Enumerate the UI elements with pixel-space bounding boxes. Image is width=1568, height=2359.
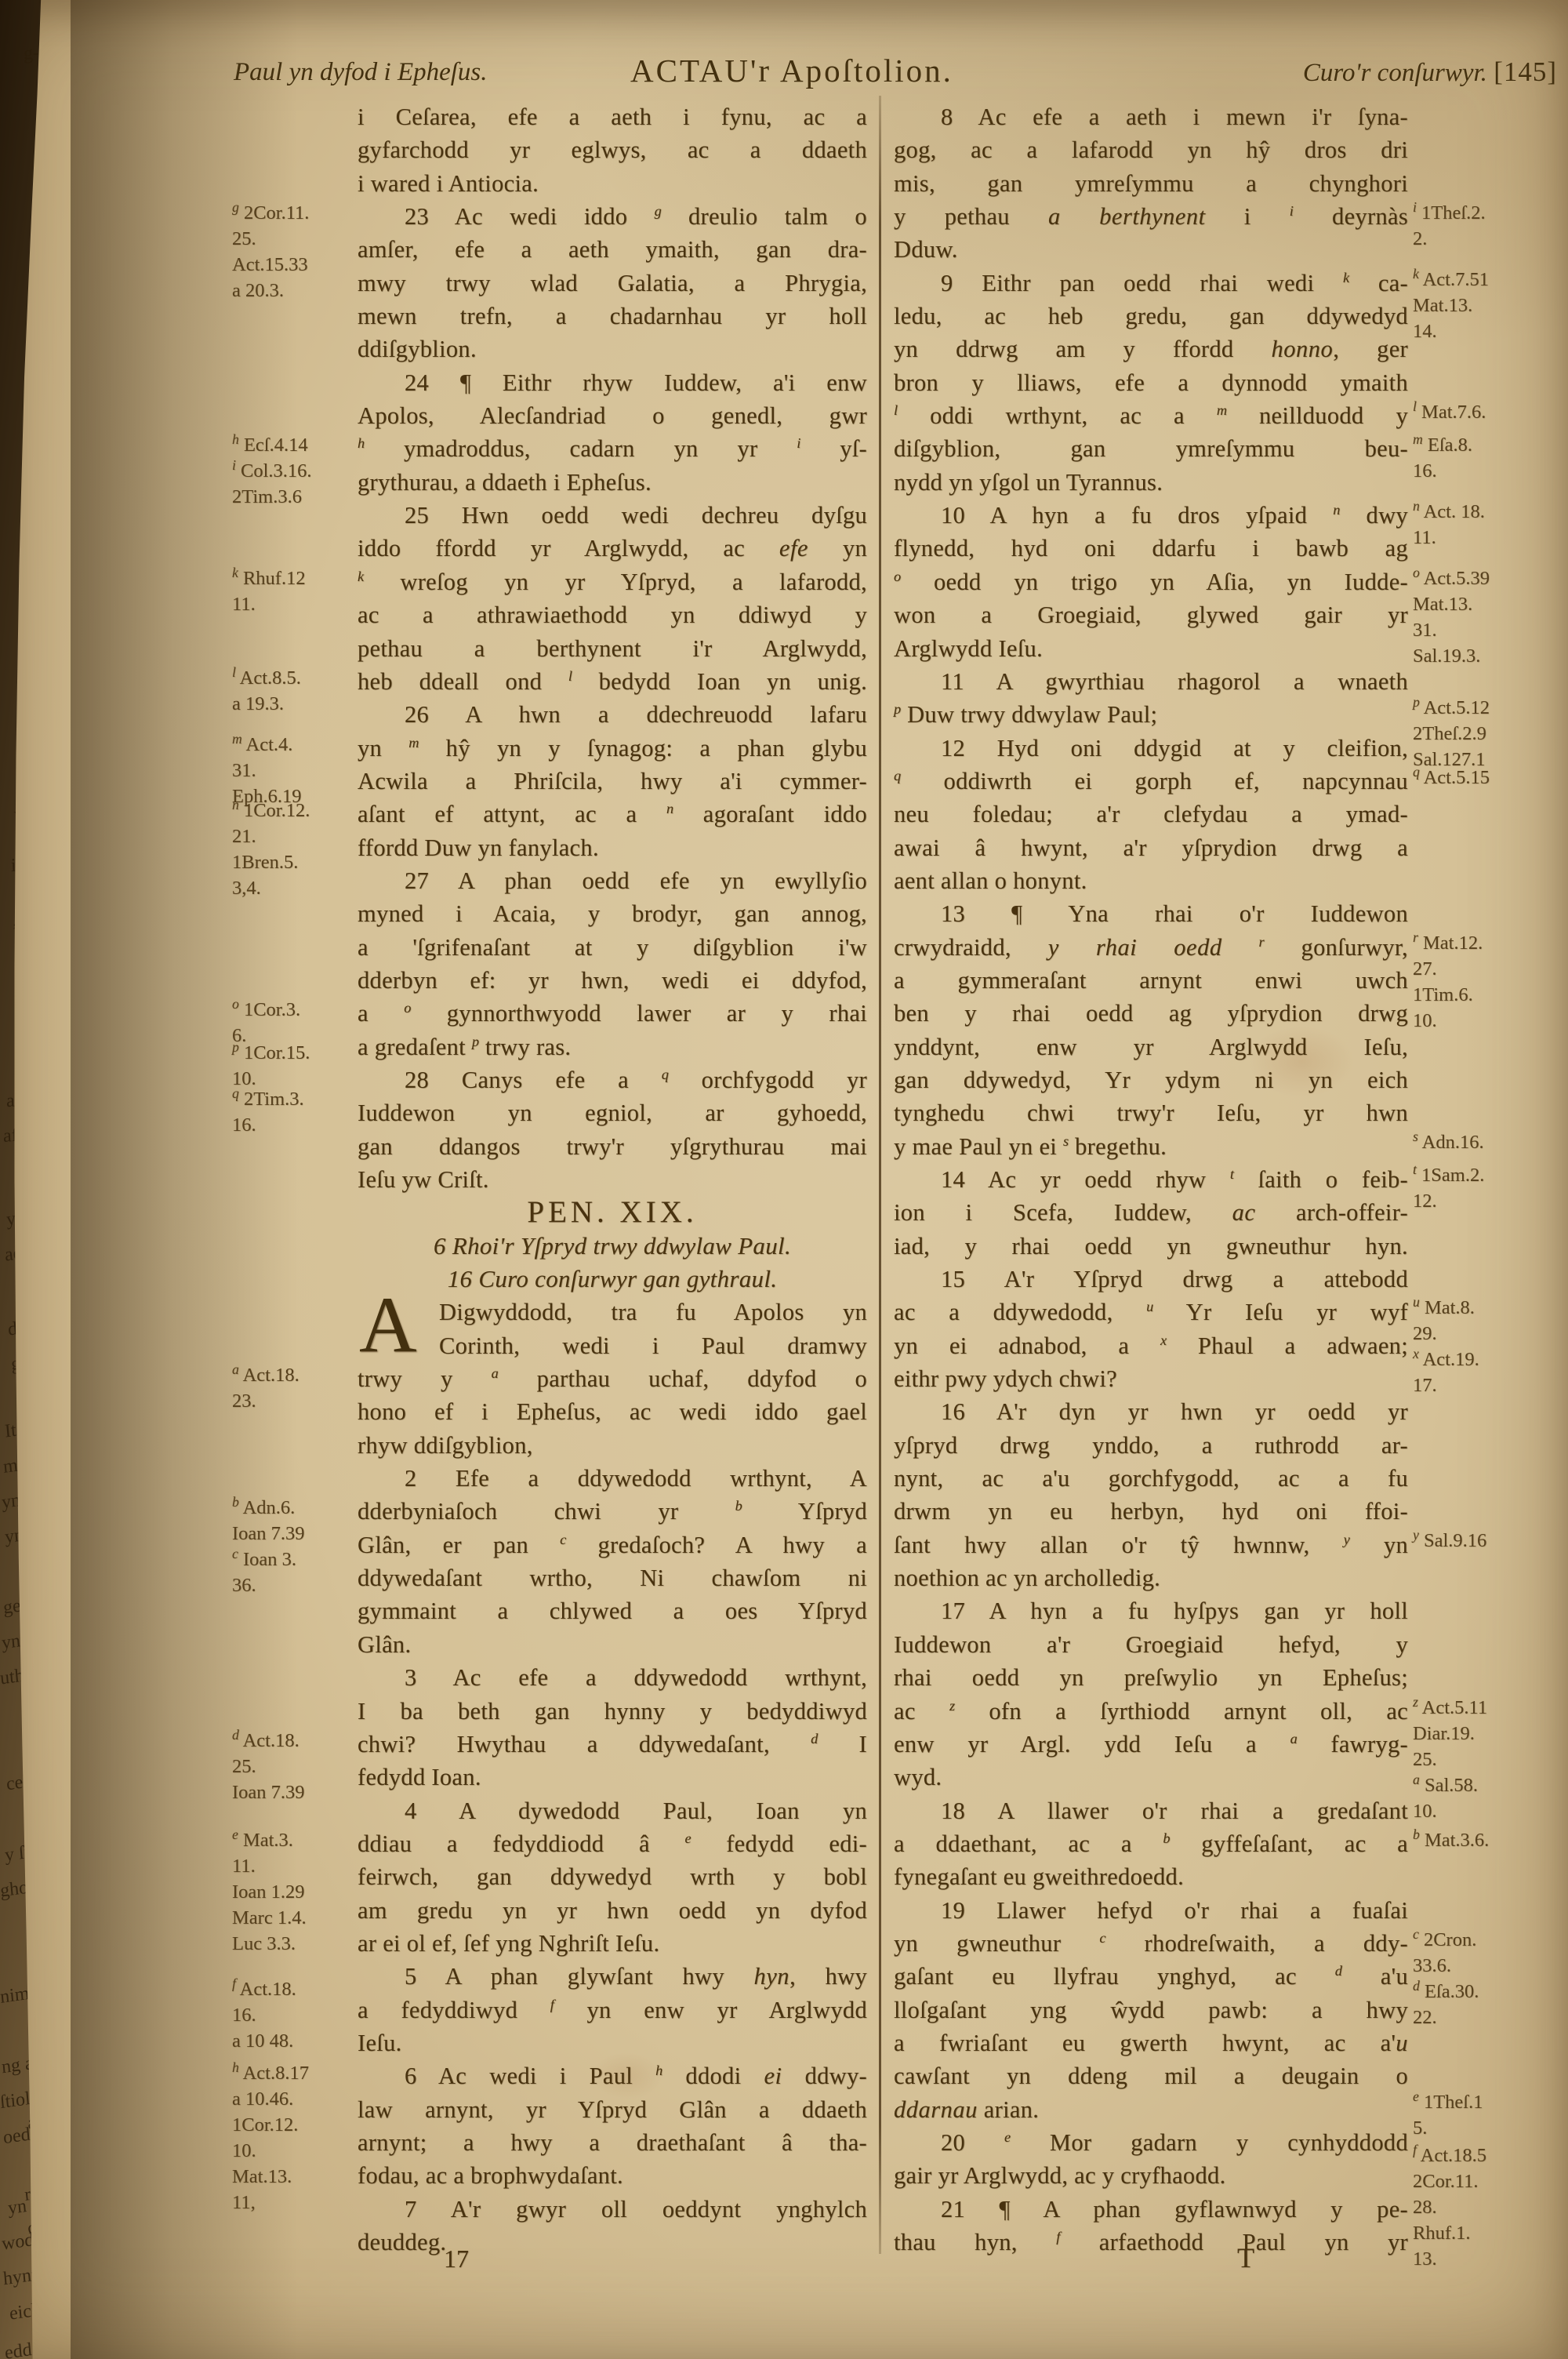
text-line: yn gwneuthur c rhodreſwaith, a ddy- [894,1927,1408,1960]
text-line: gair yr Arglwydd, ac y cryfhaodd. [894,2159,1408,2192]
text-line: nydd yn yſgol un Tyrannus. [894,466,1408,499]
text-line: k wreſog yn yr Yſpryd, a lafarodd, [358,565,867,598]
text-line: yn m hŷ yn y ſynagog: a phan glybu [358,732,867,765]
text-line: dderbyn ef: yr hwn, wedi ei ddyfod, [358,964,867,997]
spine-fragment: ed [47,234,66,257]
text-line: law arnynt, yr Yſpryd Glân a ddaeth [358,2093,867,2126]
text-line: 11 A gwyrthiau rhagorol a wnaeth [894,665,1408,698]
spine-fragment: hynt, [2,2264,42,2291]
margin-reference-note: h Act.8.17a 10.46.1Cor.12.10.Mat.13.11, [232,2060,309,2215]
text-line: wyd. [894,1761,1408,1794]
text-line: mis, gan ymreſymmu a chynghori [894,167,1408,200]
text-line: PEN. XIX. [358,1196,867,1229]
text-line: 16 Curo conſurwyr gan gythraul. [358,1263,867,1296]
text-line: o oedd yn trigo yn Aſia, yn Iudde- [894,565,1408,598]
page-number: [145] [1494,56,1557,87]
text-line: Glân. [358,1628,867,1661]
text-line: Glân, er pan c gredaſoch? A hwy a [358,1528,867,1561]
text-line: hono ef i Epheſus, ac wedi iddo gael [358,1395,867,1428]
margin-reference-note: z Act.5.11Diar.19.25.a Sal.58.10. [1413,1695,1487,1824]
text-line: arnynt; a hwy a draethaſant â tha- [358,2126,867,2159]
text-line: 8 Ac efe a aeth i mewn i'r ſyna- [894,100,1408,133]
text-line: yn ddrwg am y ffordd honno, ger [894,333,1408,365]
text-line: l oddi wrthynt, ac a m neillduodd y [894,399,1408,432]
text-line: a fwriaſant eu gwerth hwynt, ac a'u [894,2026,1408,2059]
text-line: ac z ofn a ſyrthiodd arnynt oll, ac [894,1695,1408,1728]
text-line: 13 ¶ Yna rhai o'r Iuddewon [894,897,1408,930]
text-line: ddarnau arian. [894,2093,1408,2126]
margin-reference-note: s Adn.16. [1413,1129,1484,1155]
margin-reference-note: l Mat.7.6. [1413,399,1486,425]
text-line: 23 Ac wedi iddo g dreulio talm o [358,200,867,233]
text-line: 2 Efe a ddywedodd wrthynt, A [358,1462,867,1495]
text-line: 15 A'r Yſpryd drwg a attebodd [894,1263,1408,1296]
text-line: a o gynnorthwyodd lawer ar y rhai [358,997,867,1030]
margin-reference-note: t 1Sam.2.12. [1413,1162,1484,1214]
text-line: 6 Ac wedi i Paul h ddodi ei ddwy- [358,2059,867,2092]
text-line: ddywedaſant wrtho, Ni chawſom ni [358,1561,867,1594]
text-line: rhai oedd yn preſwylio yn Epheſus; [894,1661,1408,1694]
text-line: yſpryd drwg ynddo, a ruthrodd ar- [894,1429,1408,1462]
margin-reference-note: e Mat.3.11.Ioan 1.29Marc 1.4.Luc 3.3. [232,1827,307,1957]
text-line: fodau, ac a brophwydaſant. [358,2159,867,2192]
spine-fragment: yn [25,583,45,606]
text-line: awai â hwynt, a'r yſprydion drwg a [894,831,1408,864]
text-line: chwi? Hwythau a ddywedaſant, d I [358,1728,867,1761]
text-line: ledu, ac heb gredu, gan ddywedyd [894,300,1408,333]
column-divider-rule [879,96,881,2254]
text-line: nynt, ac a'u gorchfygodd, ac a fu [894,1462,1408,1495]
text-line: am gredu yn yr hwn oedd yn dyfod [358,1894,867,1927]
text-line: aſant ef attynt, ac a n agoraſant iddo [358,798,867,831]
spine-fragment: edd. [4,2339,38,2359]
spine-fragment: af- [3,1125,24,1147]
margin-reference-note: e 1Theſ.15. [1413,2089,1483,2141]
margin-reference-note: i 1Theſ.2.2. [1413,200,1486,252]
text-line: 21 ¶ A phan gyflawnwyd y pe- [894,2193,1408,2226]
spine-fragment: g- [24,42,40,65]
text-line: Digwyddodd, tra fu Apolos yn [358,1296,867,1329]
text-line: trwy y a parthau uchaf, ddyfod o [358,1362,867,1395]
margin-reference-note: o Act.5.39Mat.13.31.Sal.19.3. [1413,565,1490,669]
text-line: a 'ſgrifenaſant at y diſgyblion i'w [358,931,867,964]
text-line: a gredaſent p trwy ras. [358,1030,867,1063]
margin-reference-note: h Ecſ.4.14i Col.3.16.2Tim.3.6 [232,432,312,510]
margin-reference-note: f Act.18.52Cor.11.28.Rhuf.1.13. [1413,2143,1486,2272]
text-line: ſant hwy allan o'r tŷ hwnnw, y yn [894,1528,1408,1561]
spine-fragment: eu [43,293,62,316]
spine-fragment: y ſy- [4,1841,41,1866]
text-line: tynghedu chwi trwy'r Ieſu, yr hwn [894,1096,1408,1129]
text-line: a ddaethant, ac a b gyffeſaſant, ac a [894,1827,1408,1860]
spine-fragment: m- [30,470,52,493]
text-line: 24 ¶ Eithr rhyw Iuddew, a'i enw [358,366,867,399]
text-line: gymmaint a chlywed a oes Yſpryd [358,1594,867,1627]
text-line: myned i Acaia, y brodyr, gan annog, [358,897,867,930]
spine-fragment: yd [41,352,60,375]
signature-mark-left: 17 [444,2245,469,2274]
text-line: iddo ffordd yr Arglwydd, ac efe yn [358,532,867,565]
margin-reference-note: b Adn.6.Ioan 7.39c Ioan 3.36. [232,1495,305,1598]
text-line: 18 A llawer o'r rhai a gredaſant [894,1794,1408,1827]
text-line: 17 A hyn a fu hyſpys gan yr holl [894,1594,1408,1627]
text-line: iad, y rhai oedd yn gwneuthur hyn. [894,1230,1408,1263]
text-line: i wared i Antiocia. [358,167,867,200]
text-line: won a Groegiaid, glywed gair yr [894,598,1408,631]
margin-reference-note: u Mat.8.29.x Act.19.17. [1413,1295,1479,1398]
text-line: ben y rhai oedd ag yſprydion drwg [894,997,1408,1030]
signature-mark-right: T [1237,2241,1254,2274]
text-line: dderbyniaſoch chwi yr b Yſpryd [358,1495,867,1528]
left-text-column: i Ceſarea, efe a aeth i fynu, ac agyfarc… [358,100,867,2259]
text-line: Ieſu yw Criſt. [358,1163,867,1196]
text-line: 6 Rhoi'r Yſpryd trwy ddwylaw Paul. [358,1230,867,1263]
text-line: grythurau, a ddaeth i Epheſus. [358,466,867,499]
spine-fragment: ſtiol- [0,2088,38,2114]
text-line: crwydraidd, y rhai oedd r gonſurwyr, [894,931,1408,964]
margin-reference-note: c 2Cron.33.6.d Eſa.30.22. [1413,1927,1479,2030]
text-line: gan ddangos trwy'r yſgrythurau mai [358,1130,867,1163]
margin-reference-note: r Mat.12.27.1Tim.6.10. [1413,930,1483,1034]
spine-fragment: uth- [0,1664,31,1689]
spine-fragment: dd [27,526,46,549]
text-line: 26 A hwn a ddechreuodd lafaru [358,698,867,731]
text-line: p Duw trwy ddwylaw Paul; [894,698,1408,731]
spine-fragment: ynt, [1,1629,31,1654]
spine-fragment: cel- [5,1771,35,1796]
margin-reference-note: q 2Tim.3.16. [232,1086,304,1138]
spine-fragment: aeth [4,1241,37,1266]
text-line: mwy trwy wlad Galatia, a Phrygia, [358,267,867,300]
text-line: 20 e Mor gadarn y cynhyddodd [894,2126,1408,2159]
text-line: Arglwydd Ieſu. [894,632,1408,665]
spine-fragment: wn [14,803,38,827]
text-line: deuddeg. [358,2226,867,2259]
text-line: I ba beth gan hynny y bedyddiwyd [358,1695,867,1728]
text-line: yn ei adnabod, a x Phaul a adwaen; [894,1329,1408,1362]
spine-fragment: oedd [2,2123,41,2149]
chapter-drop-cap: A [359,1291,417,1360]
text-line: Corinth, wedi i Paul dramwy [358,1329,867,1362]
margin-reference-note: q Act.5.15 [1413,765,1490,791]
text-line: gog, ac a lafarodd yn hŷ dros dri [894,133,1408,166]
text-line: 10 A hyn a fu dros yſpaid n dwy [894,499,1408,532]
text-line: bron y lliaws, efe a dynnodd ymaith [894,366,1408,399]
spine-fragment: dew [7,1315,40,1340]
spine-fragment: yned [1,1488,39,1514]
text-line: neu foledau; a'r clefydau a ymad- [894,798,1408,831]
text-line: 25 Hwn oedd wedi dechreu dyſgu [358,499,867,532]
margin-reference-note: f Act.18.16.a 10 48. [232,1976,296,2054]
text-line: Ieſu. [358,2026,867,2059]
text-line: 19 Llawer hefyd o'r rhai a fuaſai [894,1894,1408,1927]
spine-fragment: , o [13,909,32,932]
spine-fragment: gel- [2,1594,33,1619]
text-line: drwm yn eu herbyn, hyd oni ffoi- [894,1495,1408,1528]
text-line: gan ddywedyd, Yr ydym ni yn eich [894,1063,1408,1096]
spine-fragment: in- [11,854,33,877]
margin-reference-note: g 2Cor.11.25.Act.15.33a 20.3. [232,200,309,304]
text-line: enw yr Argl. ydd Ieſu a a fawryg- [894,1728,1408,1761]
text-line: thau hyn, f arfaethodd Paul yn yr [894,2226,1408,2259]
right-text-column: 8 Ac efe a aeth i mewn i'r ſyna-gog, ac … [894,100,1408,2259]
text-line: gaſant eu llyfrau ynghyd, ac d a'u [894,1960,1408,1993]
text-line: diſgyblion, gan ymreſymmu beu- [894,432,1408,465]
header-book-title: ACTAU'r Apoſtolion. [580,52,1004,89]
text-line: fedydd Ioan. [358,1761,867,1794]
text-line: fynegaſant eu gweithredoedd. [894,1860,1408,1893]
spine-fragment: od, [16,717,40,740]
header-right-title: Curo'r conſurwyr. [145] [1303,56,1557,88]
text-line: rhyw ddiſgyblion, [358,1429,867,1462]
book-page: Paul yn dyfod i Epheſus. ACTAU'r Apoſtol… [0,0,1568,2359]
spine-fragment: ym- [5,1205,38,1230]
text-line: Dduw. [894,233,1408,266]
text-line: ion i Scefa, Iuddew, ac arch-offeir- [894,1196,1408,1229]
spine-fragment: ghor- [0,1875,41,1902]
spine-fragment: Ital, [4,1417,35,1442]
text-line: i Ceſarea, efe a aeth i fynu, ac a [358,100,867,133]
text-line: noethion ac yn archolledig. [894,1561,1408,1594]
text-line: mewn trefn, a chadarnhau yr holl [358,300,867,333]
margin-reference-note: b Mat.3.6. [1413,1827,1489,1853]
margin-reference-note: n 1Cor.12.21.1Bren.5.3,4. [232,798,310,901]
text-line: y mae Paul yn ei s bregethu. [894,1130,1408,1163]
margin-reference-note: m Eſa.8.16. [1413,432,1472,484]
text-line: Acwila a Phriſcila, hwy a'i cymmer- [358,765,867,798]
text-line: y pethau a berthynent i i deyrnàs [894,200,1408,233]
text-line: heb ddeall ond l bedydd Ioan yn unig. [358,665,867,698]
text-line: q oddiwrth ei gorph ef, napcynnau [894,765,1408,798]
spine-fragment: nimo- [0,1981,45,2008]
text-line: ynddynt, enw yr Arglwydd Ieſu, [894,1030,1408,1063]
text-line: ffordd Duw yn fanylach. [358,831,867,864]
text-line: 27 A phan oedd efe yn ewyllyſio [358,864,867,897]
margin-reference-note: k Rhuf.1211. [232,565,306,617]
margin-reference-note: k Act.7.51Mat.13.14. [1413,267,1489,344]
spine-fragment: ynt. [4,1523,34,1548]
running-header: Paul yn dyfod i Epheſus. ACTAU'r Apoſtol… [0,52,1568,94]
text-line: ac a athrawiaethodd yn ddiwyd y [358,598,867,631]
text-line: 5 A phan glywſant hwy hyn, hwy [358,1960,867,1993]
text-line: flynedd, hyd oni ddarfu i bawb ag [894,532,1408,565]
text-line: Iuddewon a'r Groegiaid hefyd, y [894,1628,1408,1661]
text-line: 3 Ac efe a ddywedodd wrthynt, [358,1661,867,1694]
text-line: Iuddewon yn egniol, ar gyhoedd, [358,1096,867,1129]
text-line: ddiau a fedyddiodd â e fedydd edi- [358,1827,867,1860]
margin-reference-note: a Act.18.23. [232,1362,299,1414]
header-right-text: Curo'r conſurwyr. [1303,59,1487,87]
text-line: a fedyddiwyd f yn enw yr Arglwydd [358,1994,867,2026]
margin-reference-note: n Act. 18.11. [1413,499,1485,551]
text-line: eithr pwy ydych chwi? [894,1362,1408,1395]
text-line: 7 A'r gwyr oll oeddynt ynghylch [358,2193,867,2226]
text-line: ar ei ol ef, ſef yng Nghriſt Ieſu. [358,1927,867,1960]
spine-fragment: wodd [1,2228,44,2255]
text-line: h ymadroddus, cadarn yn yr i yſ- [358,432,867,465]
text-line: aent allan o honynt. [894,864,1408,897]
text-line: amſer, efe a aeth ymaith, gan dra- [358,233,867,266]
text-line: ddiſgyblion. [358,333,867,365]
text-line: Apolos, Alecſandriad o genedl, gwr [358,399,867,432]
text-line: gyfarchodd yr eglwys, ac a ddaeth [358,133,867,166]
text-line: 16 A'r dyn yr hwn yr oedd yr [894,1395,1408,1428]
spine-fragment: ge- [10,1351,36,1376]
spine-fragment: ef [31,964,47,987]
text-line: 12 Hyd oni ddygid at y cleifion, [894,732,1408,765]
margin-reference-note: y Sal.9.16 [1413,1528,1486,1554]
text-line: a gymmeraſant arnynt enwi uwch [894,964,1408,997]
spine-fragment: myn [2,1452,38,1478]
text-line: 14 Ac yr oedd rhyw t ſaith o feib- [894,1163,1408,1196]
spine-fragment: ng ar [1,2052,41,2079]
header-left-title: Paul yn dyfod i Epheſus. [234,58,488,87]
margin-reference-note: d Act.18.25.Ioan 7.39 [232,1728,305,1805]
text-line: lloſgaſant yng ŵydd pawb: a hwy [894,1994,1408,2026]
text-line: pethau a berthynent i'r Arglwydd, [358,632,867,665]
text-line: feirwch, gan ddywedyd wrth y bobl [358,1860,867,1893]
margin-reference-note: p Act.5.122Theſ.2.9Sal.127.1 [1413,695,1490,772]
text-line: ac a ddywedodd, u Yr Ieſu yr wyf [894,1296,1408,1329]
margin-reference-note: p 1Cor.15.10. [232,1040,310,1092]
text-line: 9 Eithr pan oedd rhai wedi k ca- [894,267,1408,300]
spine-fragment: eich [9,2299,42,2324]
margin-reference-note: l Act.8.5.a 19.3. [232,665,301,717]
text-line: cawſant yn ddeng mil a deugain o [894,2059,1408,2092]
text-line: 28 Canys efe a q orchfygodd yr [358,1063,867,1096]
text-line: 4 A dywedodd Paul, Ioan yn [358,1794,867,1827]
spine-fragment: ad- [6,1089,31,1113]
